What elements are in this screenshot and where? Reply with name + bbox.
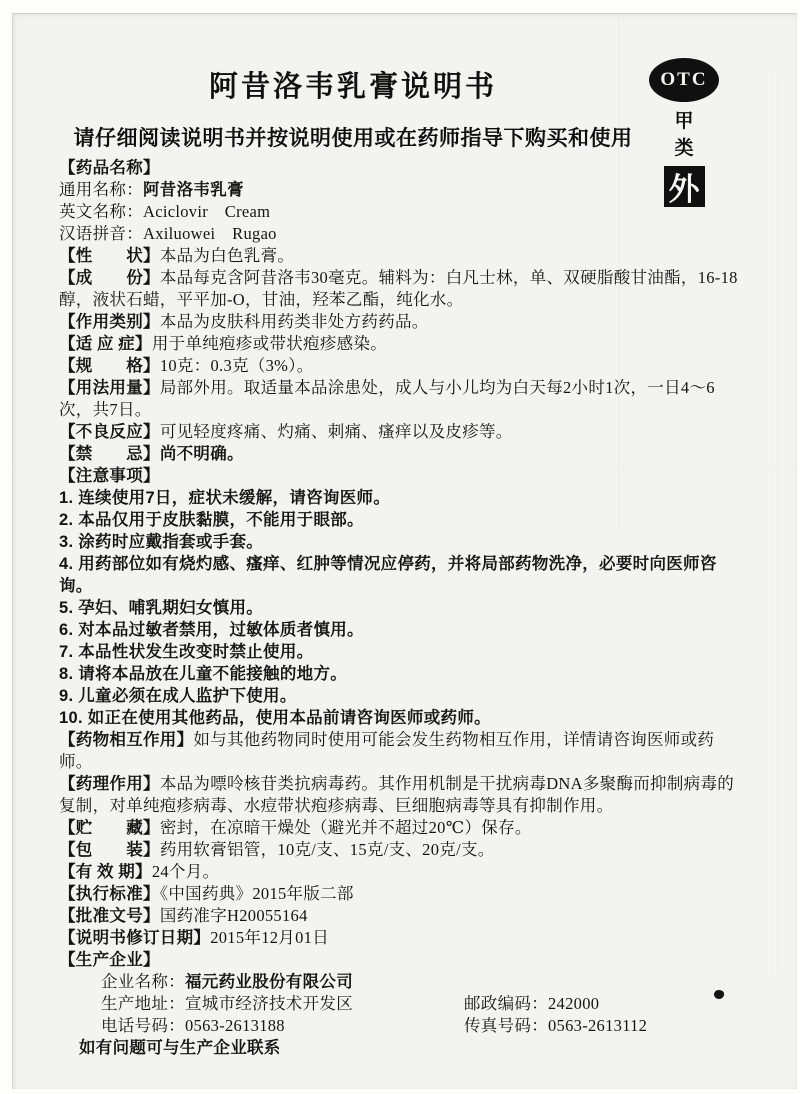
address-label: 生产地址： [101, 994, 185, 1013]
postcode-value: 242000 [548, 994, 599, 1013]
text-segment: 本品为嘌呤核苷类抗病毒药。其作用机制是干扰病毒DNA多聚酶而抑制病毒的复制，对单… [59, 774, 734, 815]
paper-crease-vertical-right [775, 74, 778, 974]
leaflet-paper: 阿昔洛韦乳膏说明书 请仔细阅读说明书并按说明使用或在药师指导下购买和使用 OTC… [12, 13, 797, 1089]
address-value: 宣城市经济技术开发区 [185, 994, 353, 1013]
phone-value: 0563-2613188 [185, 1016, 285, 1035]
fax-label: 传真号码： [464, 1016, 548, 1035]
bold-segment: 【作用类别】 [59, 312, 160, 331]
bold-segment: 【成 份】 [59, 268, 160, 287]
manufacturer-name-row: 企业名称：福元药业股份有限公司 [59, 971, 743, 993]
text-segment: 2015年12月01日 [210, 928, 329, 947]
text-segment: 国药准字H20055164 [160, 906, 308, 925]
bold-segment: 【规 格】 [59, 356, 160, 375]
doc-line: 【成 份】本品每克含阿昔洛韦30毫克。辅料为：白凡士林，单、双硬脂酸甘油酯，16… [59, 267, 743, 311]
bold-segment: 1. 连续使用7日，症状未缓解，请咨询医师。 [59, 489, 390, 507]
page-title: 阿昔洛韦乳膏说明书 [59, 64, 647, 105]
bold-segment: 【适 应 症】 [59, 334, 152, 353]
doc-line: 【说明书修订日期】2015年12月01日 [59, 927, 743, 949]
doc-line: 2. 本品仅用于皮肤黏膜，不能用于眼部。 [59, 509, 743, 531]
leaflet-subtitle: 请仔细阅读说明书并按说明使用或在药师指导下购买和使用 [59, 122, 647, 152]
bold-segment: 5. 孕妇、哺乳期妇女慎用。 [59, 599, 263, 617]
name-value: 福元药业股份有限公司 [185, 973, 353, 991]
doc-line: 【注意事项】 [59, 465, 743, 487]
bold-segment: 阿昔洛韦乳膏 [143, 181, 244, 199]
bold-segment: 【不良反应】 [59, 422, 160, 441]
doc-line: 【规 格】10克：0.3克（3%）。 [59, 355, 743, 377]
section-label: 【生产企业】 [59, 950, 160, 969]
text-segment: 用于单纯疱疹或带状疱疹感染。 [152, 334, 387, 353]
bold-segment: 4. 用药部位如有烧灼感、瘙痒、红肿等情况应停药，并将局部药物洗净，必要时向医师… [59, 555, 717, 595]
doc-line: 9. 儿童必须在成人监护下使用。 [59, 685, 743, 707]
bold-segment: 【注意事项】 [59, 466, 160, 485]
bold-segment: 【贮 藏】 [59, 818, 160, 837]
bold-segment: 8. 请将本品放在儿童不能接触的地方。 [59, 665, 347, 683]
doc-line: 【性 状】本品为白色乳膏。 [59, 245, 743, 267]
doc-line: 【作用类别】本品为皮肤科用药类非处方药药品。 [59, 311, 743, 333]
doc-line: 【执行标准】《中国药典》2015年版二部 [59, 883, 743, 905]
bold-segment: 【包 装】 [59, 840, 160, 859]
manufacturer-section-label: 【生产企业】 [59, 949, 743, 971]
doc-line: 5. 孕妇、哺乳期妇女慎用。 [59, 597, 743, 619]
bold-segment: 【性 状】 [59, 246, 160, 265]
phone-cell: 电话号码：0563-2613188 [101, 1015, 464, 1037]
bold-segment: 【禁 忌】 [59, 444, 160, 463]
doc-line: 通用名称：阿昔洛韦乳膏 [59, 179, 743, 201]
phone-label: 电话号码： [101, 1016, 185, 1035]
scanned-drug-leaflet: { "header": { "title": "阿昔洛韦乳膏说明书", "sub… [0, 0, 800, 1094]
doc-line: 6. 对本品过敏者禁用，过敏体质者慎用。 [59, 619, 743, 641]
bold-segment: 【用法用量】 [59, 378, 160, 397]
text-segment: 密封，在凉暗干燥处（避光并不超过20℃）保存。 [160, 818, 532, 837]
doc-line: 10. 如正在使用其他药品，使用本品前请咨询医师或药师。 [59, 707, 743, 729]
bold-segment: 【药品名称】 [59, 158, 160, 177]
bold-segment: 10. 如正在使用其他药品，使用本品前请咨询医师或药师。 [59, 709, 491, 727]
text-segment: 药用软膏铝管，10克/支、15克/支、20克/支。 [160, 840, 495, 859]
text-segment: 《中国药典》2015年版二部 [160, 884, 354, 903]
doc-line: 【禁 忌】尚不明确。 [59, 443, 743, 465]
doc-line: 【药理作用】本品为嘌呤核苷类抗病毒药。其作用机制是干扰病毒DNA多聚酶而抑制病毒… [59, 773, 743, 817]
bold-segment: 【药理作用】 [59, 774, 160, 793]
doc-line: 【用法用量】局部外用。取适量本品涂患处，成人与小儿均为白天每2小时1次，一日4～… [59, 377, 743, 421]
doc-line: 3. 涂药时应戴指套或手套。 [59, 531, 743, 553]
bold-segment: 2. 本品仅用于皮肤黏膜，不能用于眼部。 [59, 511, 364, 529]
doc-line: 【药物相互作用】如与其他药物同时使用可能会发生药物相互作用，详情请咨询医师或药师… [59, 729, 743, 773]
bold-segment: 【执行标准】 [59, 884, 160, 903]
name-label: 企业名称： [101, 972, 185, 991]
otc-category-label: 甲 类 [654, 106, 723, 160]
bold-segment: 3. 涂药时应戴指套或手套。 [59, 533, 263, 551]
doc-body: 【药品名称】通用名称：阿昔洛韦乳膏英文名称：Aciclovir Cream汉语拼… [59, 157, 743, 1059]
manufacturer-address-row: 生产地址：宣城市经济技术开发区 邮政编码：242000 [59, 993, 743, 1015]
doc-line: 英文名称：Aciclovir Cream [59, 201, 743, 223]
otc-ellipse-icon: OTC [649, 58, 719, 102]
doc-line: 【适 应 症】用于单纯疱疹或带状疱疹感染。 [59, 333, 743, 355]
bold-segment: 【有 效 期】 [59, 862, 152, 881]
doc-line: 7. 本品性状发生改变时禁止使用。 [59, 641, 743, 663]
postcode-cell: 邮政编码：242000 [464, 993, 743, 1015]
doc-line: 【批准文号】国药准字H20055164 [59, 905, 743, 927]
text-segment: 通用名称： [59, 180, 143, 199]
bold-segment: 6. 对本品过敏者禁用，过敏体质者慎用。 [59, 621, 364, 639]
text-segment: 英文名称：Aciclovir Cream [59, 202, 270, 221]
contact-note-row: 如有问题可与生产企业联系 [59, 1037, 743, 1059]
text-segment: 10克：0.3克（3%）。 [160, 356, 314, 375]
leaflet-header: 阿昔洛韦乳膏说明书 请仔细阅读说明书并按说明使用或在药师指导下购买和使用 [59, 64, 647, 152]
fax-value: 0563-2613112 [548, 1016, 647, 1035]
doc-line: 【药品名称】 [59, 157, 743, 179]
fax-cell: 传真号码：0563-2613112 [464, 1015, 743, 1037]
text-segment: 可见轻度疼痛、灼痛、刺痛、瘙痒以及皮疹等。 [160, 422, 513, 441]
doc-line: 汉语拼音：Axiluowei Rugao [59, 223, 743, 245]
postcode-label: 邮政编码： [464, 994, 548, 1013]
address-cell: 生产地址：宣城市经济技术开发区 [101, 993, 464, 1015]
bold-segment: 【说明书修订日期】 [59, 928, 210, 947]
text-segment: 24个月。 [152, 862, 220, 881]
text-segment: 本品为白色乳膏。 [160, 246, 294, 265]
bold-segment: 7. 本品性状发生改变时禁止使用。 [59, 643, 313, 661]
doc-line: 【贮 藏】密封，在凉暗干燥处（避光并不超过20℃）保存。 [59, 817, 743, 839]
doc-line: 4. 用药部位如有烧灼感、瘙痒、红肿等情况应停药，并将局部药物洗净，必要时向医师… [59, 553, 743, 597]
contact-note: 如有问题可与生产企业联系 [79, 1039, 281, 1057]
bold-segment: 9. 儿童必须在成人监护下使用。 [59, 687, 297, 705]
text-segment: 本品每克含阿昔洛韦30毫克。辅料为：白凡士林，单、双硬脂酸甘油酯，16-18醇，… [59, 268, 738, 309]
doc-line: 1. 连续使用7日，症状未缓解，请咨询医师。 [59, 487, 743, 509]
text-segment: 汉语拼音：Axiluowei Rugao [59, 224, 277, 243]
doc-line: 【包 装】药用软膏铝管，10克/支、15克/支、20克/支。 [59, 839, 743, 861]
doc-line: 【不良反应】可见轻度疼痛、灼痛、刺痛、瘙痒以及皮疹等。 [59, 421, 743, 443]
doc-line: 【有 效 期】24个月。 [59, 861, 743, 883]
doc-body-lines: 【药品名称】通用名称：阿昔洛韦乳膏英文名称：Aciclovir Cream汉语拼… [59, 157, 743, 949]
manufacturer-phone-row: 电话号码：0563-2613188 传真号码：0563-2613112 [59, 1015, 743, 1037]
bold-segment: 【药物相互作用】 [59, 730, 193, 749]
text-segment: 本品为皮肤科用药类非处方药药品。 [160, 312, 429, 331]
bold-segment: 尚不明确。 [160, 445, 244, 463]
doc-line: 8. 请将本品放在儿童不能接触的地方。 [59, 663, 743, 685]
bold-segment: 【批准文号】 [59, 906, 160, 925]
otc-label: OTC [660, 69, 707, 91]
